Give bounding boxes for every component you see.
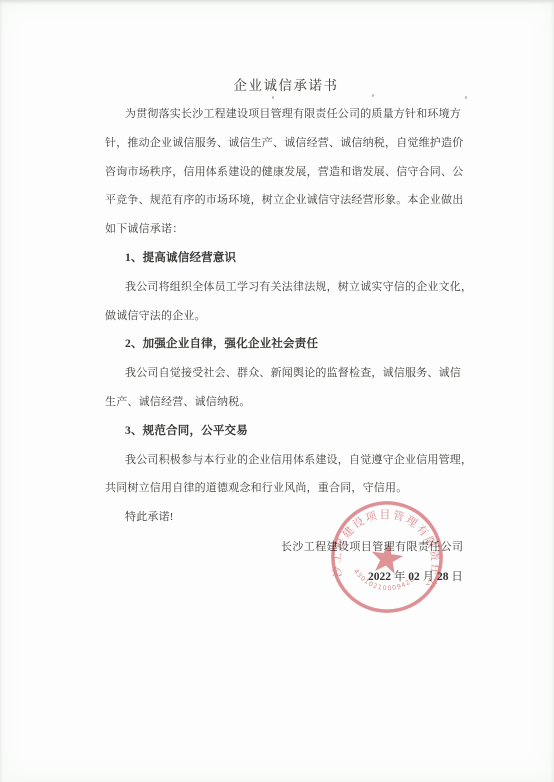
document-line: 做诚信守法的企业。 bbox=[105, 302, 477, 331]
document-line: 3、规范合同，公平交易 bbox=[105, 417, 477, 446]
document-line: 2、加强企业自律，强化企业社会责任 bbox=[105, 330, 477, 359]
svg-text:长沙工程建设项目管理有限责任公司: 长沙工程建设项目管理有限责任公司 bbox=[320, 490, 452, 593]
document-line: 如下诚信承诺： bbox=[105, 215, 477, 244]
scanned-document-page: 企业诚信承诺书 为贯彻落实长沙工程建设项目管理有限责任公司的质量方针和环境方针，… bbox=[0, 0, 554, 782]
document-line: 1、提高诚信经营意识 bbox=[105, 244, 477, 273]
document-line: 共同树立信用自律的道德观念和行业风尚，重合同，守信用。 bbox=[105, 474, 477, 503]
document-line: 我公司将组织全体员工学习有关法律法规，树立诚实守信的企业文化， bbox=[105, 273, 477, 302]
document-line: 生产、诚信经营、诚信纳税。 bbox=[105, 388, 477, 417]
date-unit: 日 bbox=[449, 571, 463, 583]
scan-speck bbox=[272, 96, 275, 100]
scan-speck bbox=[465, 96, 468, 100]
document-title: 企业诚信承诺书 bbox=[105, 74, 467, 94]
document-body: 为贯彻落实长沙工程建设项目管理有限责任公司的质量方针和环境方针，推动企业诚信服务… bbox=[105, 100, 477, 532]
scan-speck bbox=[372, 94, 375, 98]
svg-text:43010210009426: 43010210009426 bbox=[350, 567, 417, 597]
seal-company-arc-text: 长沙工程建设项目管理有限责任公司 bbox=[320, 490, 452, 593]
seal-registration-number: 43010210009426 bbox=[350, 567, 417, 597]
document-line: 我公司自觉接受社会、群众、新闻舆论的监督检查，诚信服务、诚信 bbox=[105, 359, 477, 388]
star-icon bbox=[369, 540, 405, 574]
company-seal-stamp: 长沙工程建设项目管理有限责任公司 43010210009426 bbox=[320, 490, 453, 623]
document-line: 咨询市场秩序，信用体系建设的健康发展，营造和谐发展、信守合同、公 bbox=[105, 158, 477, 187]
document-line: 为贯彻落实长沙工程建设项目管理有限责任公司的质量方针和环境方 bbox=[105, 100, 477, 129]
document-line: 我公司积极参与本行业的企业信用体系建设，自觉遵守企业信用管理， bbox=[105, 446, 477, 475]
document-line: 针，推动企业诚信服务、诚信生产、诚信经营、诚信纳税，自觉维护造价 bbox=[105, 129, 477, 158]
document-line: 平竞争、规范有序的市场环境，树立企业诚信守法经营形象。本企业做出 bbox=[105, 186, 477, 215]
